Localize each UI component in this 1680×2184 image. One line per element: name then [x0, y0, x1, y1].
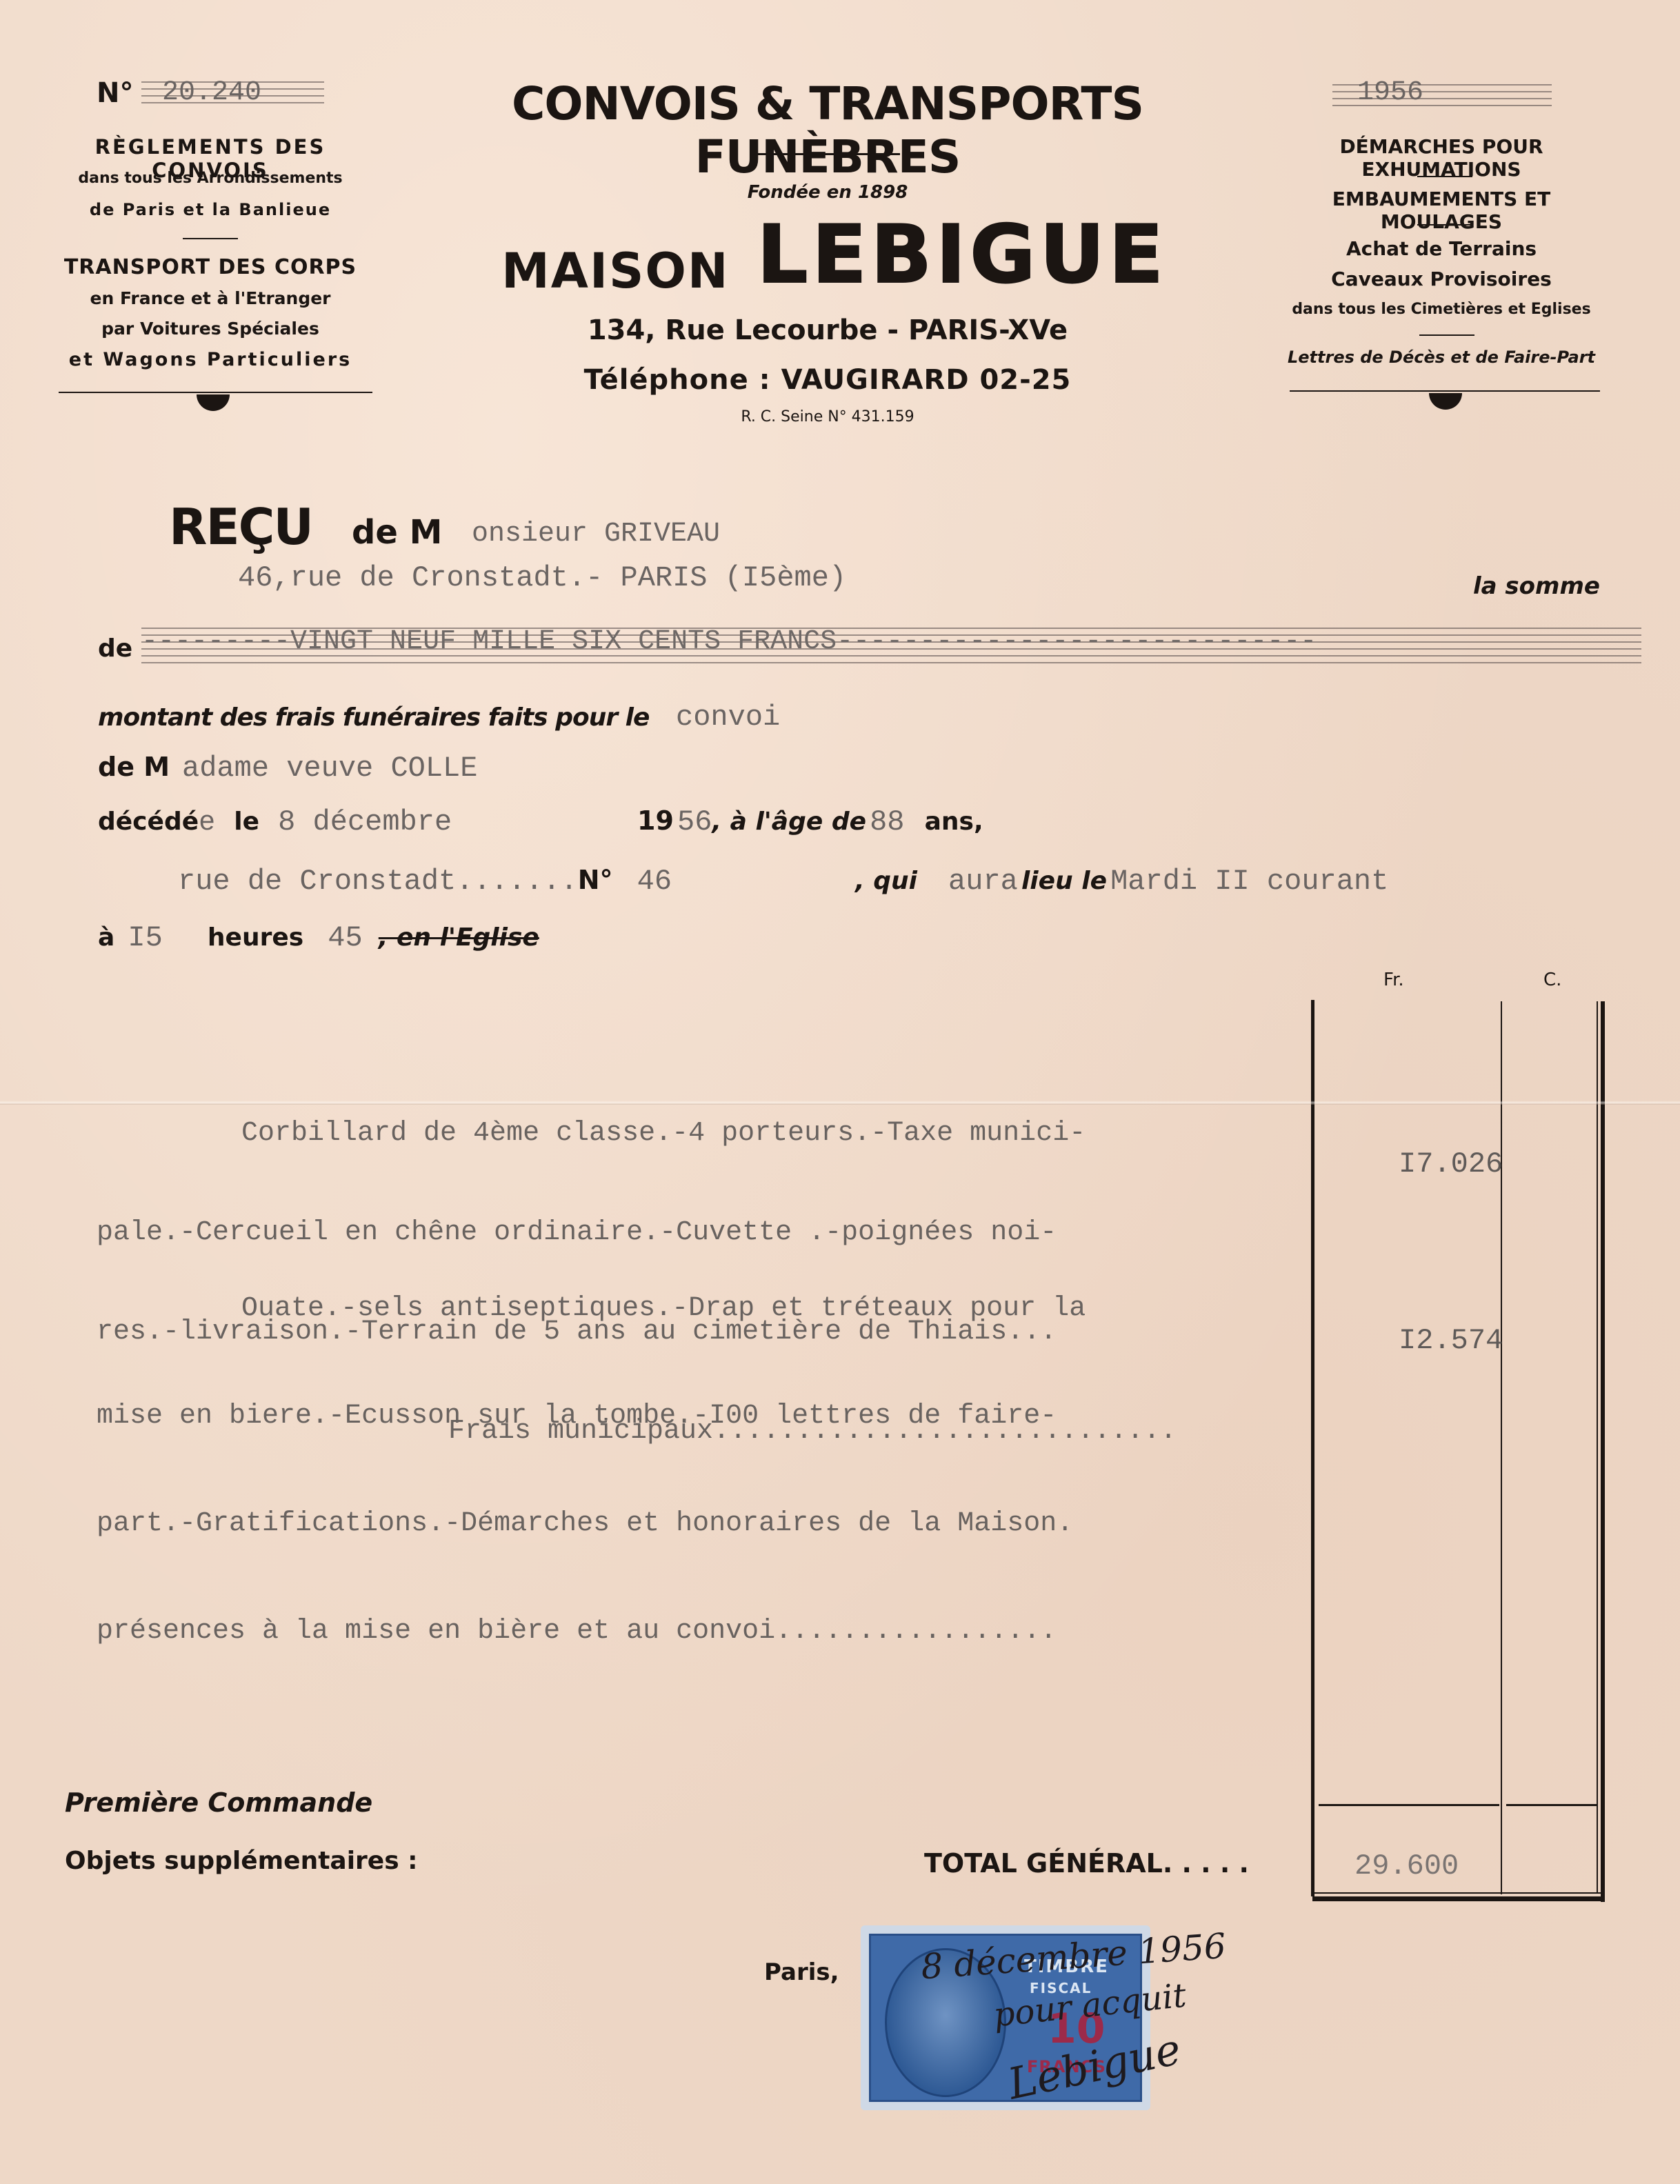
section2-title: TRANSPORT DES CORPS [41, 255, 379, 279]
company-phone: Téléphone : VAUGIRARD 02-25 [483, 364, 1172, 396]
service-terrains: Achat de Terrains [1272, 237, 1610, 260]
table-left-border [1311, 1000, 1314, 1896]
divider [1417, 176, 1472, 177]
document-year: 1956 [1357, 77, 1423, 108]
table-right-outer-border [1601, 1001, 1605, 1902]
divider [1419, 334, 1474, 336]
de-label: de [98, 634, 132, 663]
deceased-label: de M [98, 752, 170, 782]
service-type: convoi [676, 701, 780, 734]
convoy-time-line: à I5 heures 45 , en l'Eglise [98, 921, 539, 954]
eglise-label-struck: , en l'Eglise [379, 923, 539, 952]
amount-in-words: ---------VINGT NEUF MILLE SIX CENTS FRAN… [141, 626, 1317, 657]
company-tagline: CONVOIS & TRANSPORTS FUNÈBRES [428, 77, 1228, 183]
year-prefix: 19 [637, 805, 674, 836]
payer-address: 46,rue de Cronstadt.- PARIS (I5ème) [238, 561, 846, 594]
company-prefix: MAISON [501, 247, 729, 295]
divider [183, 238, 238, 239]
table-right-inner-border [1597, 1001, 1598, 1893]
service-cimetieres: dans tous les Cimetières et Eglises [1272, 301, 1610, 318]
aura-text: aura [948, 865, 1018, 898]
receipt-number: 20.240 [162, 77, 261, 108]
company-name: LEBIGUE [757, 215, 1168, 295]
charge-line: Ouate.-sels antiseptiques.-Drap et tréte… [97, 1291, 1086, 1327]
payer-name: onsieur GRIVEAU [472, 519, 720, 550]
charge-amount-2: I2.574 [1399, 1324, 1503, 1357]
divider [1417, 224, 1472, 226]
charge-line: Corbillard de 4ème classe.-4 porteurs.-T… [97, 1117, 1177, 1150]
subtotal-rule-centimes [1506, 1804, 1597, 1806]
deceased-age: 88 [870, 805, 904, 839]
la-somme-label: la somme [1473, 572, 1600, 600]
charge-line: présences à la mise en bière et au convo… [97, 1614, 1086, 1650]
divider [1290, 390, 1600, 392]
table-bottom-outer-border [1312, 1896, 1605, 1901]
death-info-line: décédée le 8 décembre [98, 805, 452, 840]
convoy-day: Mardi II courant [1110, 865, 1388, 898]
objets-supplementaires-label: Objets supplémentaires : [65, 1847, 418, 1875]
de-m-label: de M [352, 513, 442, 552]
column-header-francs: Fr. [1383, 970, 1404, 990]
ans-label: ans, [925, 808, 983, 836]
section1-line1: dans tous les Arrondissements [41, 170, 379, 187]
total-amount: 29.600 [1354, 1850, 1459, 1883]
street-number: 46 [637, 865, 672, 898]
paper-fold [0, 1101, 1680, 1105]
section1-line2: de Paris et la Banlieue [41, 200, 379, 219]
decede-label: décédé [98, 808, 199, 836]
column-header-centimes: C. [1543, 970, 1561, 990]
death-year-age: 19 56, à l'âge de 88 ans, [637, 805, 983, 839]
charge-line: mise en biere.-Ecusson sur la tombe.-I00… [97, 1399, 1086, 1434]
company-address: 134, Rue Lecourbe - PARIS-XVe [483, 314, 1172, 346]
convoy-hour: I5 [128, 921, 162, 954]
table-column-divider [1501, 1001, 1502, 1894]
death-date: 8 décembre [278, 805, 452, 839]
charge-line: part.-Gratifications.-Démarches et honor… [97, 1506, 1086, 1542]
street: rue de Cronstadt....... [178, 865, 578, 898]
total-label: TOTAL GÉNÉRAL. . . . . [924, 1848, 1249, 1879]
divider [755, 153, 900, 155]
recu-label: REÇU [169, 498, 312, 556]
section2-line3: et Wagons Particuliers [41, 349, 379, 370]
paris-label: Paris, [764, 1958, 839, 1986]
heures-label: heures [208, 923, 303, 952]
service-exhumations: DÉMARCHES POUR EXHUMATIONS [1272, 135, 1610, 181]
convoy-address-line: rue de Cronstadt.......N° 46 [178, 865, 672, 898]
service-faire-part: Lettres de Décès et de Faire-Part [1272, 348, 1610, 367]
decede-suffix: e [199, 808, 215, 839]
number-label: N° [97, 77, 133, 109]
company-logo: MAISON LEBIGUE [462, 219, 1207, 295]
montant-label: montant des frais funéraires faits pour … [98, 703, 649, 732]
death-year: 56 [677, 805, 712, 839]
no-label: N° [578, 865, 613, 895]
table-bottom-inner-border [1312, 1892, 1601, 1894]
divider [59, 392, 372, 393]
subtotal-rule-francs [1319, 1804, 1499, 1806]
age-label: , à l'âge de [712, 808, 866, 836]
deceased-name: adame veuve COLLE [182, 752, 477, 785]
service-embaumements: EMBAUMEMENTS ET MOULAGES [1272, 188, 1610, 233]
charge-item-2: Ouate.-sels antiseptiques.-Drap et tréte… [97, 1219, 1086, 1721]
qui-label: , qui [855, 867, 917, 895]
founded-text: Fondée en 1898 [621, 182, 1034, 203]
section2-line1: en France et à l'Etranger [41, 288, 379, 308]
convoy-minutes: 45 [328, 921, 362, 954]
company-registry: R. C. Seine N° 431.159 [552, 408, 1103, 425]
charge-amount-1: I7.026 [1399, 1148, 1503, 1181]
lieu-label: lieu le [1021, 867, 1107, 895]
a-label: à [98, 923, 114, 952]
premiere-commande-label: Première Commande [65, 1787, 372, 1818]
service-caveaux: Caveaux Provisoires [1272, 268, 1610, 290]
convoy-when-line: , qui aura lieu le Mardi II courant [855, 865, 1388, 898]
le-label: le [234, 808, 259, 836]
section2-line2: par Voitures Spéciales [41, 319, 379, 339]
